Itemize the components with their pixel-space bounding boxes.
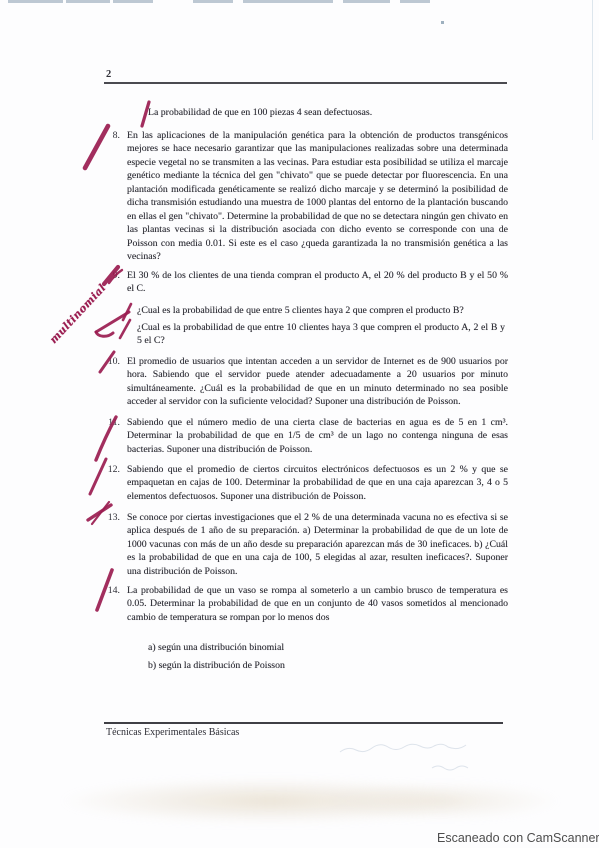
exercise-item-8: En las aplicaciones de la manipulación g… — [127, 129, 508, 264]
scan-artifact — [441, 21, 444, 24]
exercise-item-intro: La probabilidad de que en 100 piezas 4 s… — [148, 106, 448, 119]
item-number-13: 13. — [96, 511, 120, 524]
footer-rule — [104, 722, 503, 724]
item-number-10: 10. — [96, 355, 120, 368]
scan-artifact — [343, 0, 390, 3]
exercise-item-11: Sabiendo que el número medio de una cier… — [127, 416, 508, 456]
scanned-document-page: 2 La probabilidad de que en 100 piezas 4… — [0, 0, 599, 848]
scan-artifact — [8, 0, 63, 3]
footer-title: Técnicas Experimentales Básicas — [106, 727, 239, 738]
exercise-item-10: El promedio de usuarios que intentan acc… — [127, 355, 508, 409]
scan-artifact — [592, 0, 593, 140]
item-number-14: 14. — [96, 584, 120, 597]
scan-shadow — [320, 782, 560, 820]
exercise-item-9-subquestion-1: ¿Cual es la probabilidad de que entre 5 … — [137, 304, 505, 317]
scan-artifact — [113, 0, 153, 3]
exercise-item-9: El 30 % de los clientes de una tienda co… — [127, 269, 508, 296]
check-slash-subq-2 — [120, 320, 130, 338]
exercise-item-9-subquestion-2: ¿Cual es la probabilidad de que entre 10… — [137, 321, 505, 348]
camscanner-watermark: Escaneado con CamScanner — [437, 831, 587, 845]
page-number: 2 — [106, 69, 111, 80]
scan-artifact — [400, 0, 430, 3]
item-number-8: 8. — [96, 129, 120, 142]
check-swoosh — [96, 312, 129, 332]
item-number-11: 11. — [96, 416, 120, 429]
ghost-writing — [340, 744, 466, 752]
exercise-item-12: Sabiendo que el promedio de ciertos circ… — [127, 463, 508, 503]
exercise-item-14: La probabilidad de que un vaso se rompa … — [127, 584, 508, 624]
handwritten-note: multinomial — [48, 282, 109, 346]
scan-artifact — [193, 0, 233, 3]
exercise-item-13: Se conoce por ciertas investigaciones qu… — [127, 511, 508, 578]
exercise-item-14-option-b: b) según la distribución de Poisson — [148, 659, 448, 672]
scan-artifact — [66, 0, 110, 3]
exercise-item-14-option-a: a) según una distribución binomial — [148, 641, 448, 654]
check-swoosh — [96, 332, 113, 336]
scan-artifact — [243, 0, 333, 3]
ghost-writing — [432, 766, 468, 770]
item-number-12: 12. — [96, 463, 120, 476]
header-rule — [104, 82, 507, 84]
check-slash-subq-1 — [123, 304, 131, 320]
